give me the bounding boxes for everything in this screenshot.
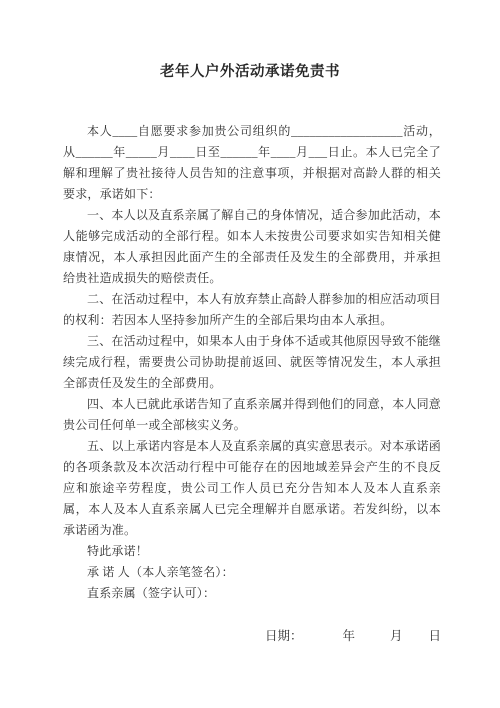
date-label: 日期： xyxy=(265,629,303,643)
clause-4: 四、本人已就此承诺告知了直系亲属并得到他们的同意，本人同意贵公司任何单一或全部核… xyxy=(63,394,441,436)
clause-2: 二、在活动过程中，本人有放弃禁止高龄人群参加的相应活动项目的权利：若因本人坚持参… xyxy=(63,289,441,331)
date-line: 日期：年月日 xyxy=(265,626,441,644)
clause-1: 一、本人以及直系亲属了解自己的身体情况，适合参加此活动，本人能够完成活动的全部行… xyxy=(63,205,441,289)
document-page: 老年人户外活动承诺免责书 本人____自愿要求参加贵公司组织的_________… xyxy=(0,0,500,708)
family-signature-line: 直系亲属（签字认可）： xyxy=(63,583,441,604)
date-year-label: 年 xyxy=(343,629,356,643)
clause-5: 五、以上承诺内容是本人及直系亲属的真实意思表示。对本承诺函的各项条款及本次活动行… xyxy=(63,436,441,541)
document-title: 老年人户外活动承诺免责书 xyxy=(0,60,500,81)
document-body: 本人____自愿要求参加贵公司组织的__________________活动，从… xyxy=(63,121,441,604)
signer-signature-line: 承 诺 人（本人亲笔签名）： xyxy=(63,562,441,583)
clause-3: 三、在活动过程中，如果本人由于身体不适或其他原因导致不能继续完成行程，需要贵公司… xyxy=(63,331,441,394)
closing-statement: 特此承诺！ xyxy=(63,541,441,562)
intro-paragraph: 本人____自愿要求参加贵公司组织的__________________活动，从… xyxy=(63,121,441,205)
date-day-label: 日 xyxy=(429,629,442,643)
date-month-label: 月 xyxy=(390,629,403,643)
